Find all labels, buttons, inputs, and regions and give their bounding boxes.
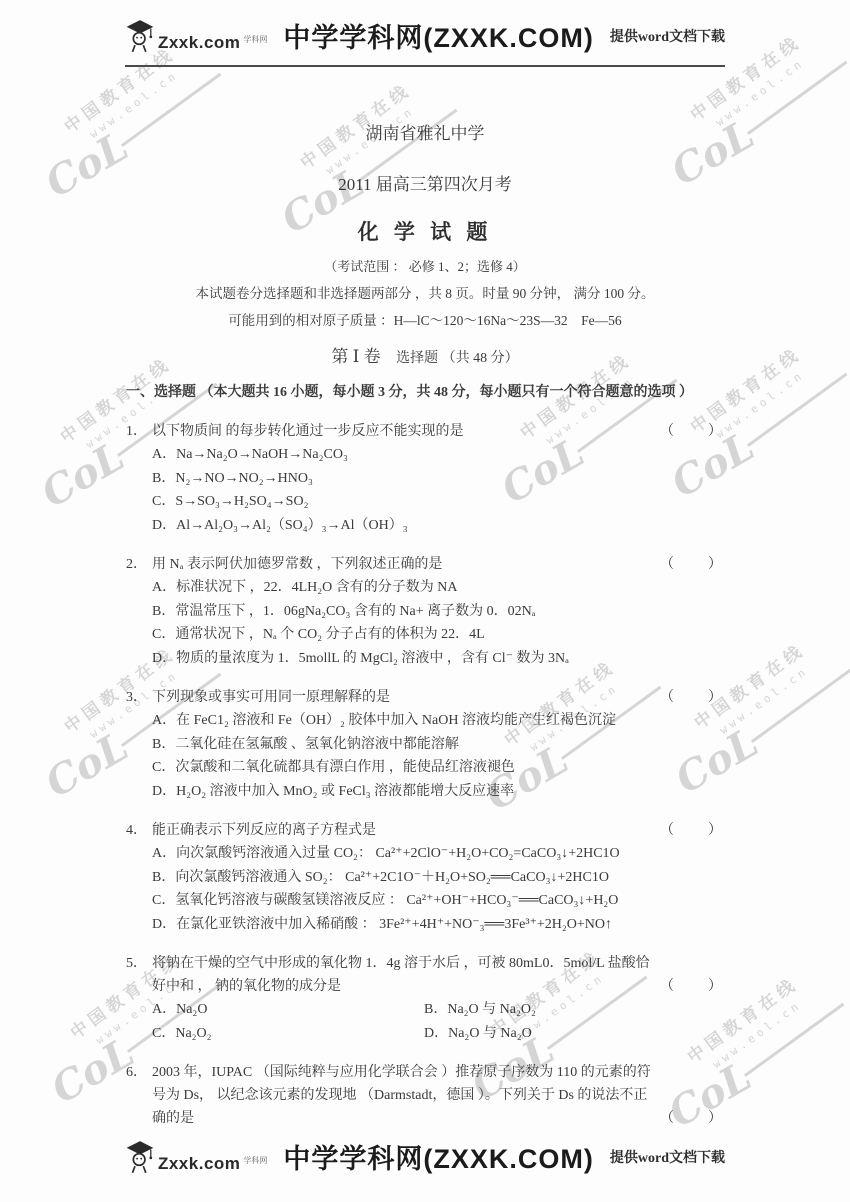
option-b: B．二氧化硅在氢氟酸 、氢氧化钠溶液中都能溶解	[152, 733, 724, 757]
answer-bracket: （ ）	[660, 686, 724, 709]
site-tagline: 提供word文档下载	[610, 1147, 725, 1167]
exam-page: 中国教育在线www.eol.cnCoL 中国教育在线www.eol.cnCoL …	[0, 0, 850, 1202]
question-number: 4．	[126, 819, 152, 842]
logo-subtext: 学科网	[243, 34, 267, 45]
option-a: A．在 FeC1₂ 溶液和 Fe（OH）₂ 胶体中加入 NaOH 溶液均能产生红…	[152, 709, 724, 733]
exam-content: 湖南省雅礼中学 2011 届高三第四次月考 化 学 试 题 （考试范围 ： 必修…	[0, 119, 850, 1130]
question-5: 5． 将钠在干燥的空气中形成的氧化物 1．4g 溶于水后 ，可被 80mL0．5…	[126, 952, 724, 1045]
question-3: 3． 下列现象或事实可用同一原理解释的是 （ ） A．在 FeC1₂ 溶液和 F…	[126, 686, 724, 803]
exam-info-line-2: 可能用到的相对原子质量 ：H—lC～120～16Na～23S—32 Fe—56	[126, 309, 724, 329]
part-subtitle: 选择题 （共 48 分）	[396, 351, 519, 366]
question-number: 1．	[126, 420, 152, 443]
question-4: 4． 能正确表示下列反应的离子方程式是 （ ） A．向次氯酸钙溶液通入过量 CO…	[126, 819, 724, 936]
option-c: C．次氯酸和二氧化硫都具有漂白作用 ，能使品红溶液褪色	[152, 756, 724, 780]
site-name: 中学学科网(ZXXK.COM)	[283, 1137, 593, 1176]
zxxk-logo: Zxxk.com 学科网	[125, 19, 267, 53]
option-c: C．氢氧化钙溶液与碳酸氢镁溶液反应 ： Ca²⁺+OH⁻+HCO₃⁻══CaCO…	[152, 889, 724, 913]
question-6: 6． 2003 年，IUPAC （国际纯粹与应用化学联合会 ）推荐原子序数为 1…	[126, 1061, 724, 1130]
question-number: 2．	[126, 553, 152, 576]
question-2: 2． 用 Nₐ 表示阿伏加德罗常数 ，下列叙述正确的是 （ ） A．标准状况下 …	[126, 553, 724, 670]
option-c: C．Na₂O₂	[152, 1022, 424, 1046]
logo-subtext: 学科网	[243, 1155, 267, 1166]
question-stem: 2003 年，IUPAC （国际纯粹与应用化学联合会 ）推荐原子序数为 110 …	[152, 1061, 652, 1130]
option-d: D．H₂O₂ 溶液中加入 MnO₂ 或 FeCl₃ 溶液都能增大反应速率	[152, 780, 724, 804]
option-a: A．向次氯酸钙溶液通入过量 CO₂： Ca²⁺+2ClO⁻+H₂O+CO₂=Ca…	[152, 842, 724, 866]
part-heading: 第 Ⅰ 卷 选择题 （共 48 分）	[126, 342, 724, 367]
question-number: 5．	[126, 952, 152, 998]
option-d: D．物质的量浓度为 1．5mollL 的 MgCl₂ 溶液中 ，含有 Cl⁻ 数…	[152, 647, 724, 671]
graduation-cap-mascot-icon	[125, 19, 155, 53]
question-stem: 下列现象或事实可用同一原理解释的是	[152, 686, 652, 709]
school-name: 湖南省雅礼中学	[126, 119, 724, 144]
part-title: 第 Ⅰ 卷	[331, 347, 380, 366]
subject-title: 化 学 试 题	[126, 216, 724, 246]
graduation-cap-mascot-icon	[125, 1140, 155, 1174]
section-heading: 一、选择题 （本大题共 16 小题，每小题 3 分，共 48 分，每小题只有一个…	[126, 382, 724, 404]
option-c: C．S→SO₃→H₂SO₄→SO₂	[152, 490, 724, 514]
page-header: Zxxk.com 学科网 中学学科网(ZXXK.COM) 提供word文档下载	[125, 0, 725, 67]
option-c: C．通常状况下 ，Nₐ 个 CO₂ 分子占有的体积为 22．4L	[152, 623, 724, 647]
answer-bracket: （ ）	[660, 975, 724, 998]
question-1-options: A．Na→Na₂O→NaOH→Na₂CO₃ B．N₂→NO→NO₂→HNO₃ C…	[126, 443, 724, 537]
question-stem: 用 Nₐ 表示阿伏加德罗常数 ，下列叙述正确的是	[152, 553, 652, 576]
option-b: B．N₂→NO→NO₂→HNO₃	[152, 467, 724, 491]
question-number: 6．	[126, 1061, 152, 1130]
option-d: D．在氯化亚铁溶液中加入稀硝酸 ： 3Fe²⁺+4H⁺+NO⁻₃══3Fe³⁺+…	[152, 913, 724, 937]
logo-text: Zxxk.com	[158, 1154, 240, 1174]
option-a: A．Na₂O	[152, 998, 424, 1022]
option-b: B．常温常压下 ，1．06gNa₂CO₃ 含有的 Na+ 离子数为 0．02Nₐ	[152, 600, 724, 624]
exam-info-line-1: 本试题卷分选择题和非选择题两部分 ，共 8 页。时量 90 分钟， 满分 100…	[126, 282, 724, 302]
question-stem: 以下物质间 的每步转化通过一步反应不能实现的是	[152, 420, 652, 443]
option-b: B．向次氯酸钙溶液通入 SO₂： Ca²⁺+2C1O⁻＋H₂O+SO₂══CaC…	[152, 866, 724, 890]
question-1: 1． 以下物质间 的每步转化通过一步反应不能实现的是 （ ） A．Na→Na₂O…	[126, 420, 724, 537]
answer-bracket: （ ）	[660, 553, 724, 576]
option-a: A．标准状况下 ，22．4LH₂O 含有的分子数为 NA	[152, 576, 724, 600]
question-2-options: A．标准状况下 ，22．4LH₂O 含有的分子数为 NA B．常温常压下 ，1．…	[126, 576, 724, 670]
answer-bracket: （ ）	[660, 420, 724, 443]
exam-scope: （考试范围 ： 必修 1、2；选修 4）	[126, 256, 724, 275]
option-b: B．Na₂O 与 Na₂O₂	[424, 998, 724, 1022]
page-footer: Zxxk.com 学科网 中学学科网(ZXXK.COM) 提供word文档下载	[125, 1137, 725, 1176]
question-number: 3．	[126, 686, 152, 709]
zxxk-logo: Zxxk.com 学科网	[125, 1140, 267, 1174]
option-a: A．Na→Na₂O→NaOH→Na₂CO₃	[152, 443, 724, 467]
question-stem: 将钠在干燥的空气中形成的氧化物 1．4g 溶于水后 ，可被 80mL0．5mol…	[152, 952, 652, 998]
site-name: 中学学科网(ZXXK.COM)	[283, 16, 593, 55]
answer-bracket: （ ）	[660, 1107, 724, 1130]
exam-title: 2011 届高三第四次月考	[126, 170, 724, 195]
option-d: D．Na₂O 与 Na₂O	[424, 1022, 724, 1046]
logo-text: Zxxk.com	[158, 33, 240, 53]
site-tagline: 提供word文档下载	[610, 26, 725, 46]
option-d: D．Al→Al₂O₃→Al₂（SO₄）₃→Al（OH）₃	[152, 514, 724, 538]
question-4-options: A．向次氯酸钙溶液通入过量 CO₂： Ca²⁺+2ClO⁻+H₂O+CO₂=Ca…	[126, 842, 724, 936]
question-5-options: A．Na₂O B．Na₂O 与 Na₂O₂ C．Na₂O₂ D．Na₂O 与 N…	[126, 998, 724, 1045]
question-3-options: A．在 FeC1₂ 溶液和 Fe（OH）₂ 胶体中加入 NaOH 溶液均能产生红…	[126, 709, 724, 803]
answer-bracket: （ ）	[660, 819, 724, 842]
question-stem: 能正确表示下列反应的离子方程式是	[152, 819, 652, 842]
